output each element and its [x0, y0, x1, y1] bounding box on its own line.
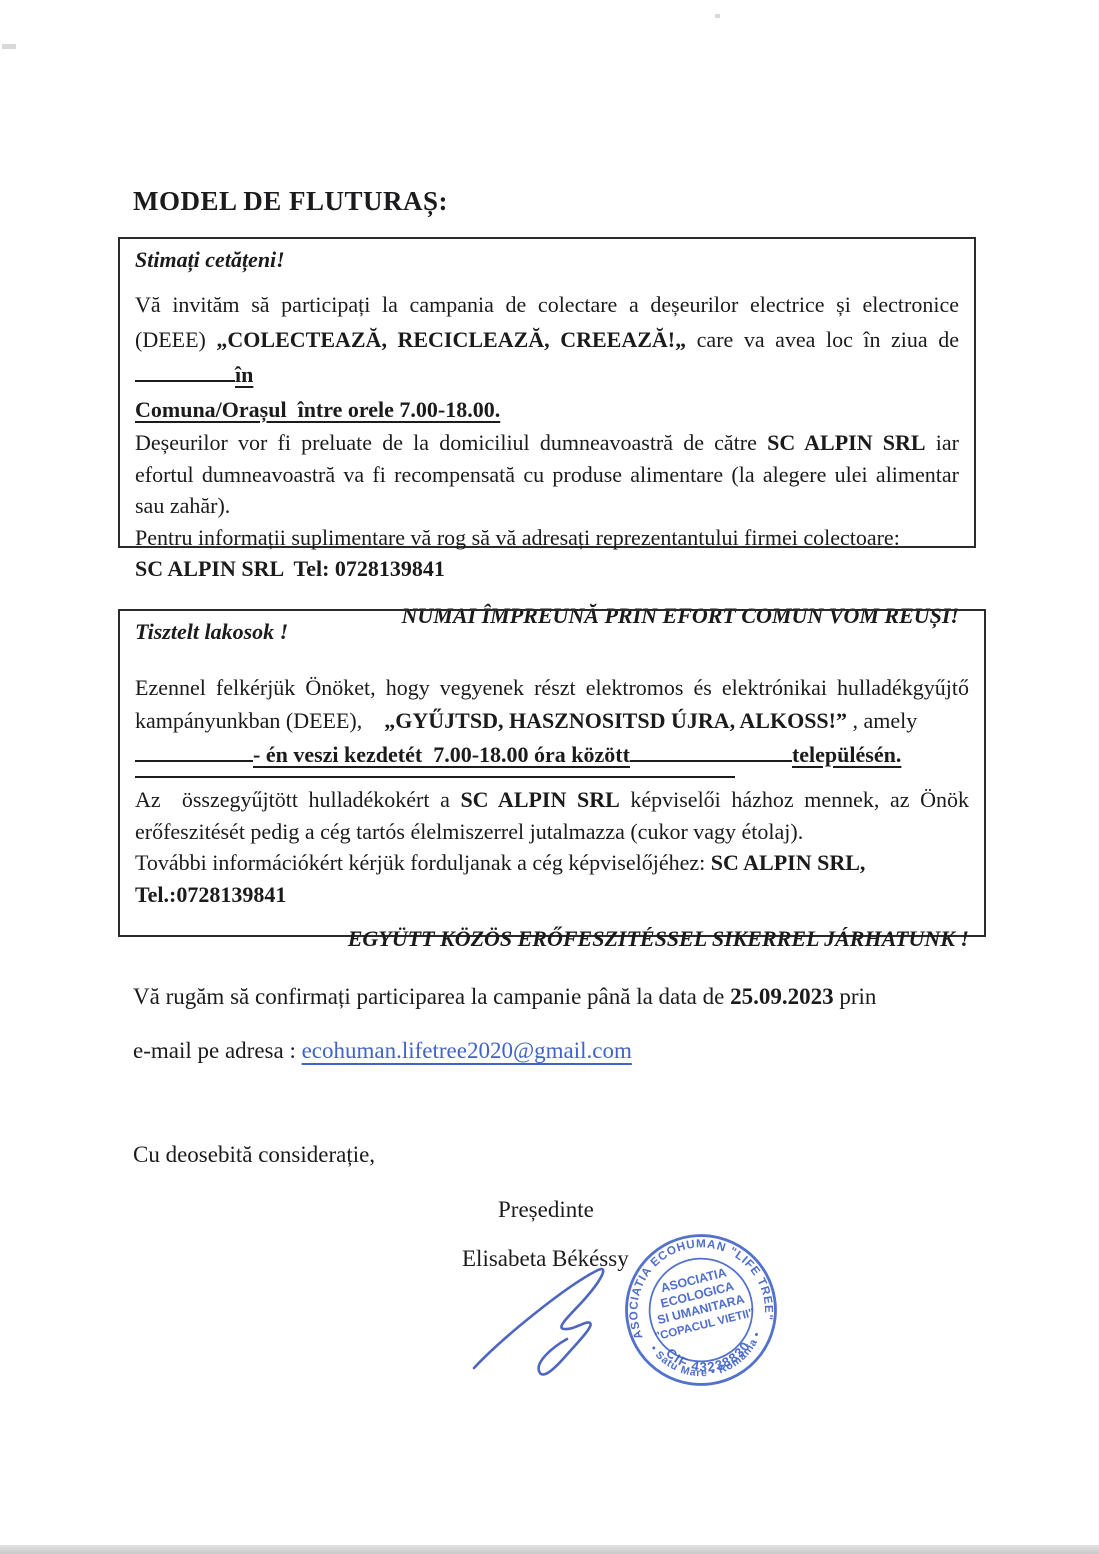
confirm-line: Vă rugăm să confirmați participarea la c… — [133, 984, 973, 1010]
invite-in-word: în — [235, 362, 253, 387]
info-lead-hu: További információkért kérjük forduljana… — [135, 850, 711, 875]
blank-field-day — [135, 360, 235, 382]
blank-field-date — [135, 740, 253, 762]
blank-field-town — [630, 740, 792, 762]
pickup-lead-hu: Az összegyűjtött hulladékokért a — [135, 787, 460, 812]
salutation-ro: Stimați cetățeni! — [135, 247, 959, 273]
info-company-hu: SC ALPIN SRL, — [711, 850, 866, 875]
pickup-company-ro: SC ALPIN SRL — [767, 430, 926, 455]
scanned-flyer-page: MODEL DE FLUTURAȘ: Stimați cetățeni! Vă … — [0, 0, 1099, 1554]
email-line: e-mail pe adresa : ecohuman.lifetree2020… — [133, 1038, 632, 1064]
schedule-location-hu: településén. — [792, 742, 901, 767]
page-title: MODEL DE FLUTURAȘ: — [133, 186, 448, 217]
invite-paragraph-hu: Ezennel felkérjük Önöket, hogy vegyenek … — [135, 671, 969, 737]
confirm-tail: prin — [834, 984, 877, 1009]
invite-slogan-ro: „COLECTEAZĂ, RECICLEAZĂ, CREEAZĂ!„ — [216, 327, 686, 352]
pickup-paragraph-hu: Az összegyűjtött hulladékokért a SC ALPI… — [135, 784, 969, 847]
pickup-lead-ro: Deșeurilor vor fi preluate de la domicil… — [135, 430, 767, 455]
pickup-paragraph-ro: Deșeurilor vor fi preluate de la domicil… — [135, 427, 959, 522]
association-stamp: ASOCIATIA ECOHUMAN "LIFE TREE" • Satu Ma… — [612, 1232, 790, 1388]
invite-mid-ro: care va avea loc în ziua de — [686, 327, 959, 352]
schedule-bold-hu: - én veszi kezdetét 7.00-18.00 óra közöt… — [253, 742, 630, 767]
contact-line-ro: SC ALPIN SRL Tel: 0728139841 — [135, 556, 445, 581]
scan-artifact — [715, 14, 720, 18]
role-line: Președinte — [498, 1197, 594, 1223]
scan-artifact — [2, 44, 16, 49]
notice-box-ro: Stimați cetățeni! Vă invităm să particip… — [118, 237, 976, 548]
scan-edge-shadow — [0, 1545, 1099, 1554]
invite-slogan-hu: „GYŰJTSD, HASZNOSITSD ÚJRA, ALKOSS!” — [384, 708, 847, 733]
info-line-ro: Pentru informații suplimentare vă rog să… — [135, 522, 959, 554]
blank-field-continuation — [135, 772, 735, 778]
salutation-hu: Tisztelt lakosok ! — [135, 619, 969, 645]
info-paragraph-hu: További információkért kérjük forduljana… — [135, 847, 969, 879]
phone-line-hu: Tel.:0728139841 — [135, 882, 286, 907]
notice-box-hu: Tisztelt lakosok ! Ezennel felkérjük Önö… — [118, 609, 986, 937]
confirm-lead: Vă rugăm să confirmați participarea la c… — [133, 984, 730, 1009]
confirm-date: 25.09.2023 — [730, 984, 834, 1009]
invite-tail-hu: , amely — [847, 708, 917, 733]
closing-line: Cu deosebită considerație, — [133, 1142, 375, 1168]
slogan-hu: EGYÜTT KÖZÖS ERŐFESZITÉSSEL SIKERREL JÁR… — [135, 926, 969, 952]
email-link[interactable]: ecohuman.lifetree2020@gmail.com — [302, 1038, 632, 1063]
location-line-ro: Comuna/Orașul între orele 7.00-18.00. — [135, 397, 500, 422]
schedule-line-hu: - én veszi kezdetét 7.00-18.00 óra közöt… — [135, 737, 969, 772]
pickup-company-hu: SC ALPIN SRL — [460, 787, 619, 812]
email-label: e-mail pe adresa : — [133, 1038, 302, 1063]
invite-paragraph-ro: Vă invităm să participați la campania de… — [135, 287, 959, 392]
